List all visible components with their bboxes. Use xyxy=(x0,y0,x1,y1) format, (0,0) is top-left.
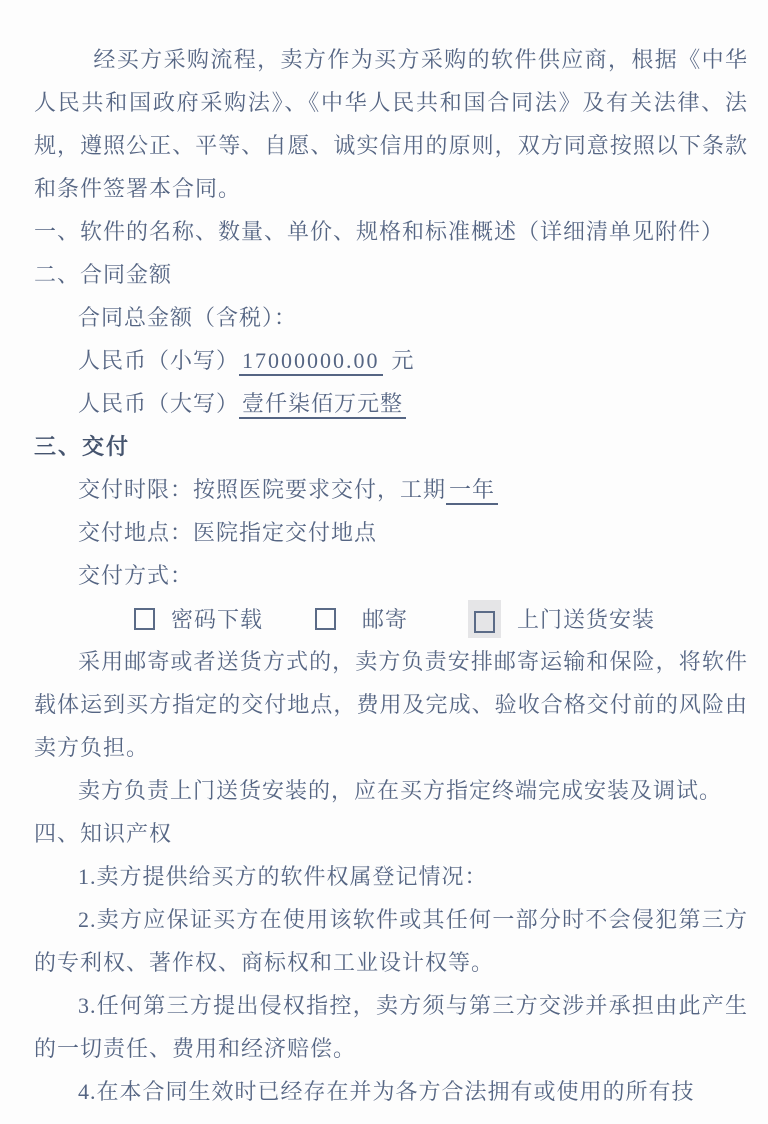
option-mail: 邮寄 xyxy=(315,603,408,634)
amount-numeric-line: 人民币（小写）17000000.00元 xyxy=(34,339,748,382)
password-download-label: 密码下载 xyxy=(171,603,263,634)
section-1-heading: 一、软件的名称、数量、单价、规格和标准概述（详细清单见附件） xyxy=(34,210,748,253)
install-paragraph: 卖方负责上门送货安装的，应在买方指定终端完成安装及调试。 xyxy=(34,769,748,812)
onsite-install-label: 上门送货安装 xyxy=(517,603,655,634)
amount-words-line: 人民币（大写）壹仟柒佰万元整 xyxy=(34,382,748,425)
section-3-heading: 三、交付 xyxy=(34,425,748,468)
delivery-term-value: 一年 xyxy=(446,477,498,505)
delivery-place-line: 交付地点：医院指定交付地点 xyxy=(34,511,748,554)
intro-paragraph: 经买方采购流程，卖方作为买方采购的软件供应商，根据《中华人民共和国政府采购法》、… xyxy=(34,38,748,210)
delivery-method-label: 交付方式： xyxy=(34,554,748,597)
delivery-time-prefix: 交付时限：按照医院要求交付，工期 xyxy=(78,477,446,502)
delivery-options-row: 密码下载 邮寄 上门送货安装 xyxy=(34,597,748,640)
amount-numeric-prefix: 人民币（小写） xyxy=(78,348,239,373)
ip-item-1: 1.卖方提供给买方的软件权属登记情况： xyxy=(34,855,748,898)
contract-scan-page: 经买方采购流程，卖方作为买方采购的软件供应商，根据《中华人民共和国政府采购法》、… xyxy=(0,0,768,1124)
section-4-heading: 四、知识产权 xyxy=(34,812,748,855)
ip-item-4: 4.在本合同生效时已经存在并为各方合法拥有或使用的所有技 xyxy=(34,1070,748,1113)
amount-words-value: 壹仟柒佰万元整 xyxy=(239,391,406,419)
amount-words-prefix: 人民币（大写） xyxy=(78,391,239,416)
option-onsite-install: 上门送货安装 xyxy=(468,600,655,638)
option-password-download: 密码下载 xyxy=(134,603,263,634)
mail-label: 邮寄 xyxy=(362,603,408,634)
onsite-install-checkbox-highlight xyxy=(468,600,501,638)
section-2-heading: 二、合同金额 xyxy=(34,253,748,296)
shipping-paragraph: 采用邮寄或者送货方式的，卖方负责安排邮寄运输和保险，将软件载体运到买方指定的交付… xyxy=(34,640,748,769)
ip-item-2: 2.卖方应保证买方在使用该软件或其任何一部分时不会侵犯第三方的专利权、著作权、商… xyxy=(34,898,748,984)
ip-item-3: 3.任何第三方提出侵权指控，卖方须与第三方交涉并承担由此产生的一切责任、费用和经… xyxy=(34,984,748,1070)
delivery-time-line: 交付时限：按照医院要求交付，工期一年 xyxy=(34,468,748,511)
total-amount-label: 合同总金额（含税）： xyxy=(34,296,748,339)
mail-checkbox[interactable] xyxy=(315,608,336,630)
amount-numeric-value: 17000000.00 xyxy=(239,348,383,376)
onsite-install-checkbox[interactable] xyxy=(474,611,495,633)
amount-numeric-suffix: 元 xyxy=(392,348,415,373)
password-download-checkbox[interactable] xyxy=(134,608,155,630)
